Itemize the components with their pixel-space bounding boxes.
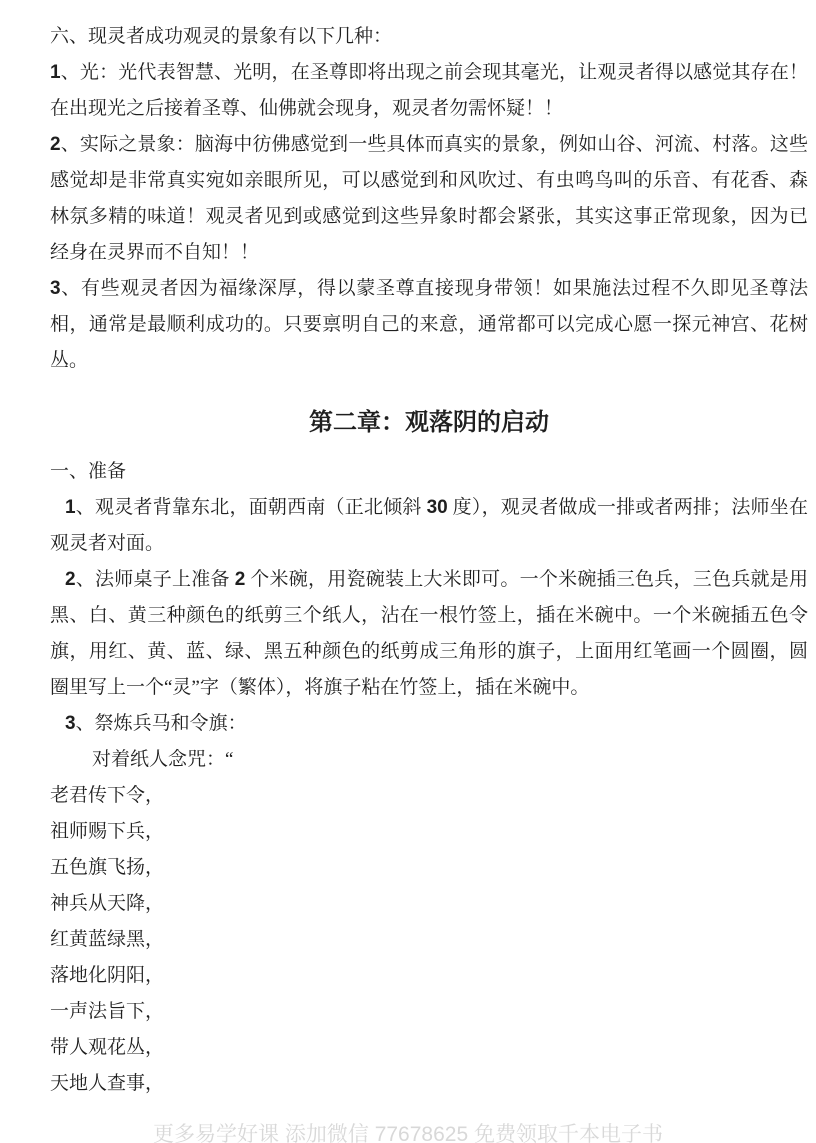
chant-line: 一声法旨下， xyxy=(50,994,808,1030)
section-six-item-scenery: 2、实际之景象：脑海中彷佛感觉到一些具体而真实的景象，例如山谷、河流、村落。这些… xyxy=(50,127,808,271)
chant-line: 祖师赐下兵， xyxy=(50,814,808,850)
chant-line: 神兵从天降， xyxy=(50,886,808,922)
footer-watermark: 更多易学好课 添加微信 77678625 免费领取千本电子书 xyxy=(0,1122,816,1143)
preparation-step-consecration: 3、祭炼兵马和令旗： xyxy=(50,706,808,742)
section-six-intro: 六、现灵者成功观灵的景象有以下几种： xyxy=(50,19,808,55)
chant-line: 红黄蓝绿黑， xyxy=(50,922,808,958)
preparation-section-title: 一、准备 xyxy=(50,454,808,490)
chant-line: 落地化阴阳， xyxy=(50,958,808,994)
section-six-item-light: 1、光：光代表智慧、光明，在圣尊即将出现之前会现其毫光，让观灵者得以感觉其存在！… xyxy=(50,55,808,127)
chant-line: 老君传下令， xyxy=(50,778,808,814)
chant-line: 带人观花丛， xyxy=(50,1030,808,1066)
preparation-step-rice-bowls: 2、法师桌子上准备 2 个米碗，用瓷碗装上大米即可。一个米碗插三色兵，三色兵就是… xyxy=(50,562,808,706)
chapter-heading: 第二章：观落阴的启动 xyxy=(50,402,808,444)
preparation-step-seating: 1、观灵者背靠东北，面朝西南（正北倾斜 30 度），观灵者做成一排或者两排；法师… xyxy=(50,490,808,562)
document-body: 六、现灵者成功观灵的景象有以下几种： 1、光：光代表智慧、光明，在圣尊即将出现之… xyxy=(50,0,808,1102)
chant-line: 天地人查事， xyxy=(50,1066,808,1102)
chant-intro: 对着纸人念咒：“ xyxy=(50,742,808,778)
document-page: 六、现灵者成功观灵的景象有以下几种： 1、光：光代表智慧、光明，在圣尊即将出现之… xyxy=(0,0,816,1143)
chant-line: 五色旗飞扬， xyxy=(50,850,808,886)
section-six-item-blessed: 3、有些观灵者因为福缘深厚，得以蒙圣尊直接现身带领！如果施法过程不久即见圣尊法相… xyxy=(50,271,808,379)
